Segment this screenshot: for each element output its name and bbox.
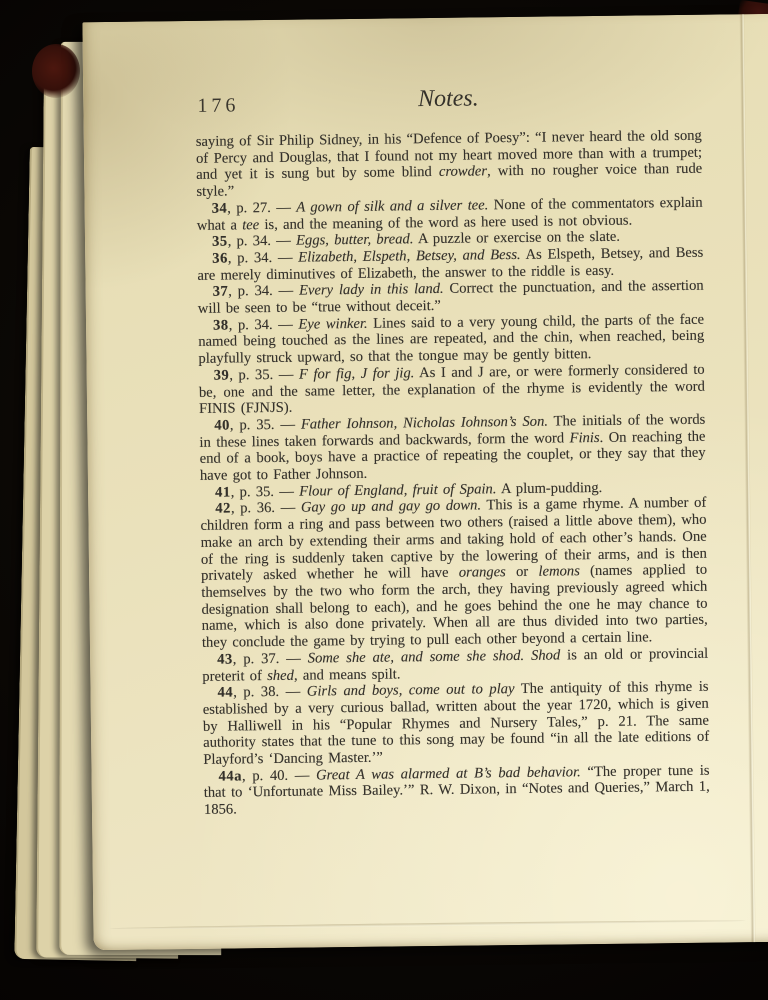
binding-spot-top-left [32, 44, 80, 98]
note-42: 42, p. 36. — Gay go up and gay go down. … [200, 495, 708, 651]
notes-text: saying of Sir Philip Sidney, in his “Def… [196, 128, 710, 819]
bottom-crease [109, 919, 745, 930]
note-34: 34, p. 27. — A gown of silk and a silver… [197, 195, 703, 235]
book-page: 176 Notes. saying of Sir Philip Sidney, … [82, 14, 768, 950]
page-content: 176 Notes. saying of Sir Philip Sidney, … [195, 83, 710, 819]
page-header: 176 Notes. [195, 83, 701, 121]
note-38: 38, p. 34. — Eye winker. Lines said to a… [198, 311, 705, 367]
note-44a: 44a, p. 40. — Great A was alarmed at B’s… [203, 762, 710, 818]
vertical-crease [739, 14, 755, 942]
running-head: Notes. [195, 83, 701, 116]
note-44: 44, p. 38. — Girls and boys, come out to… [202, 679, 709, 769]
note-40: 40, p. 35. — Father Iohnson, Nicholas Io… [199, 412, 706, 485]
paragraph-continuation: saying of Sir Philip Sidney, in his “Def… [196, 128, 703, 201]
photo-background: 176 Notes. saying of Sir Philip Sidney, … [0, 0, 768, 1000]
note-39: 39, p. 35. — F for fig, J for jig. As I … [199, 362, 706, 418]
